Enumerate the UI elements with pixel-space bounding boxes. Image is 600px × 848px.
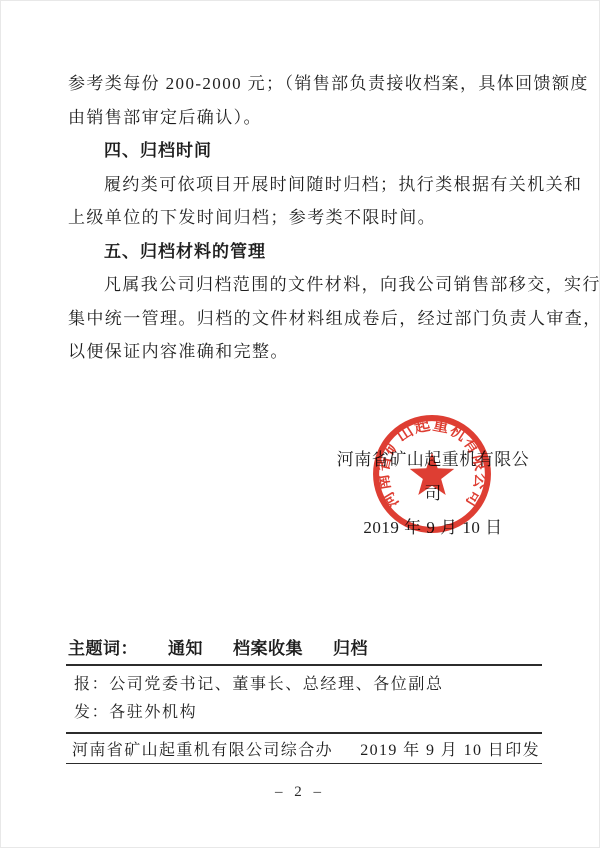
text-line: 凡属我公司归档范围的文件材料，向我公司销售部移交，实行 [68, 268, 534, 302]
issuer-row: 河南省矿山起重机有限公司综合办 2019 年 9 月 10 日印发 [66, 734, 542, 763]
distribution-rows: 报：公司党委书记、董事长、总经理、各位副总 发：各驻外机构 [66, 666, 542, 732]
subject-keyword-list: 通知档案收集归档 [138, 639, 368, 658]
divider-bottom [66, 763, 542, 765]
footer-block: 主题词：通知档案收集归档 报：公司党委书记、董事长、总经理、各位副总 发：各驻外… [66, 634, 542, 764]
issuer-office: 河南省矿山起重机有限公司综合办 [72, 737, 333, 760]
text-line: 以便保证内容准确和完整。 [68, 335, 534, 369]
text-line: 五、归档材料的管理 [68, 235, 534, 269]
subject-keyword: 归档 [333, 639, 368, 658]
text-line: 集中统一管理。归档的文件材料组成卷后，经过部门负责人审查， [68, 302, 534, 336]
subject-label: 主题词： [68, 639, 138, 658]
text-line: 参考类每份 200-2000 元；（销售部负责接收档案，具体回馈额度 [68, 67, 534, 101]
company-seal-stamp: 河南省矿山起重机有限公司 [371, 413, 493, 535]
page-number: – 2 – [0, 784, 600, 801]
report-to-line: 报：公司党委书记、董事长、总经理、各位副总 [66, 671, 542, 699]
distribute-to-line: 发：各驻外机构 [66, 699, 542, 727]
text-line: 由销售部审定后确认）。 [68, 101, 534, 135]
subject-keyword: 通知 [168, 639, 203, 658]
document-body: 参考类每份 200-2000 元；（销售部负责接收档案，具体回馈额度 由销售部审… [68, 67, 534, 369]
star-icon [410, 453, 455, 495]
text-line: 上级单位的下发时间归档；参考类不限时间。 [68, 201, 534, 235]
document-page: 参考类每份 200-2000 元；（销售部负责接收档案，具体回馈额度 由销售部审… [0, 0, 600, 848]
subject-keywords-row: 主题词：通知档案收集归档 [66, 634, 542, 664]
subject-keyword: 档案收集 [233, 639, 303, 658]
text-line: 履约类可依项目开展时间随时归档；执行类根据有关机关和 [68, 168, 534, 202]
text-line: 四、归档时间 [68, 134, 534, 168]
print-date: 2019 年 9 月 10 日印发 [360, 737, 540, 760]
